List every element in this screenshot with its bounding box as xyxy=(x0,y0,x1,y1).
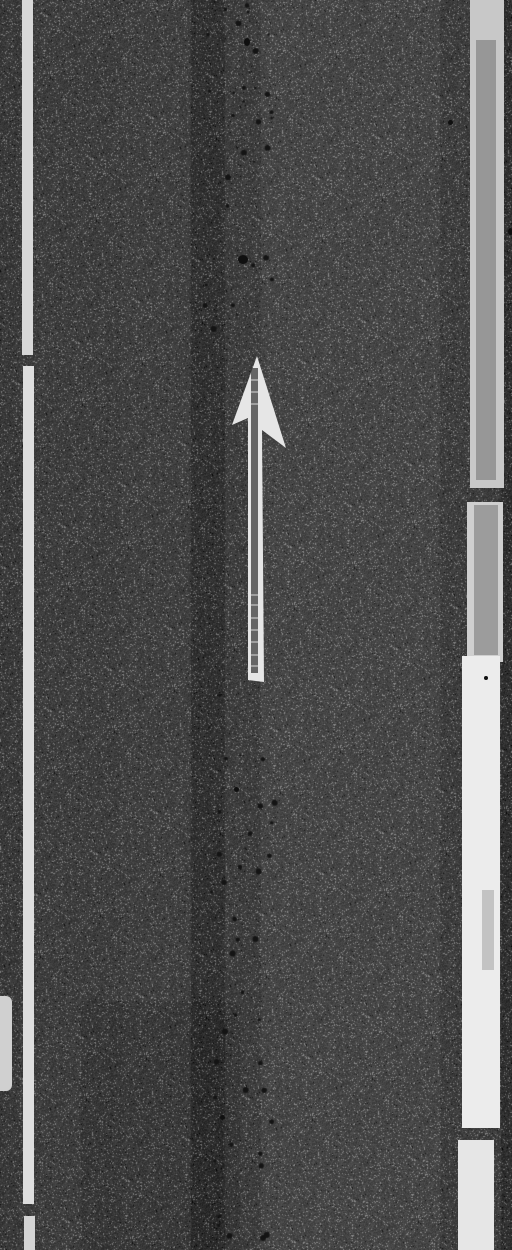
pothole-speck xyxy=(484,676,488,680)
pothole-speck xyxy=(508,228,512,235)
road-surface xyxy=(0,0,512,1250)
pothole-speck xyxy=(238,255,248,264)
pothole-speck xyxy=(244,38,250,46)
straight-arrow-marking xyxy=(0,0,512,1250)
pothole-speck xyxy=(220,1115,225,1120)
pothole-speck xyxy=(234,787,239,792)
pothole-speck xyxy=(448,120,453,125)
